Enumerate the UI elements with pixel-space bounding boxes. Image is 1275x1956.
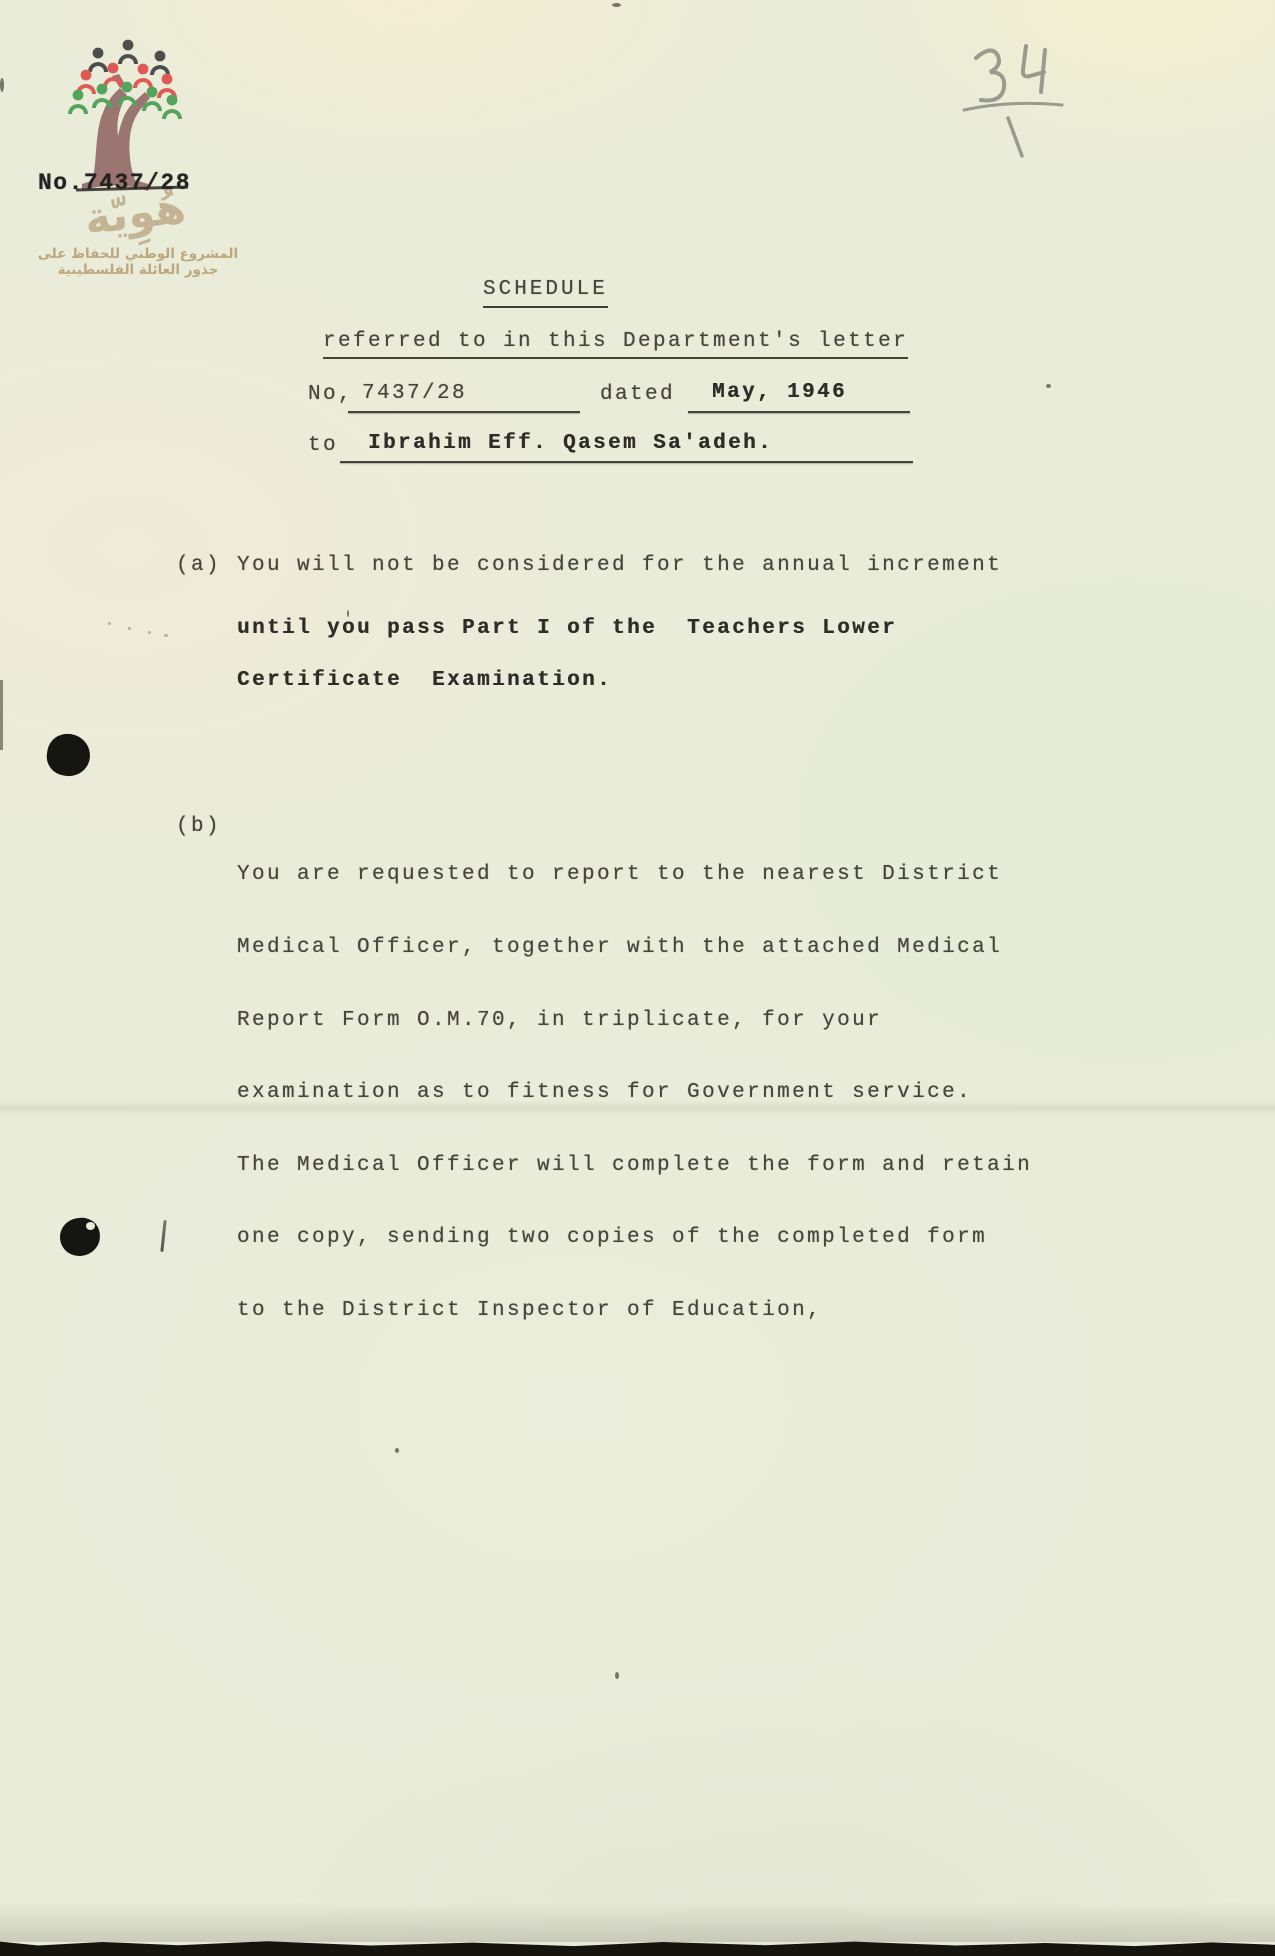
item-b-label: (b): [176, 815, 221, 839]
pen-tick-mark: [160, 1220, 166, 1252]
recipient-name: Ibrahim Eff. Qasem Sa'adeh.: [368, 432, 773, 456]
item-b-line-5: The Medical Officer will complete the fo…: [237, 1154, 1032, 1178]
scan-edge-shadow: [0, 1902, 1275, 1942]
item-b-paragraph: You are requested to report to the neare…: [237, 815, 1032, 1372]
stray-apostrophe-mark: [347, 610, 349, 617]
pencil-underline: [964, 103, 1062, 110]
logo-subtitle-line2: جذور العائلة الفلسطينية: [30, 263, 246, 279]
handwritten-page-number: [948, 18, 1088, 158]
item-b-line-3: Report Form O.M.70, in triplicate, for y…: [237, 1009, 1032, 1033]
hole-punch-top: [44, 731, 92, 779]
pencil-speck: [164, 634, 168, 637]
scan-speck: [612, 3, 621, 7]
hole-punch-bottom: [58, 1216, 102, 1258]
pencil-speck: [148, 631, 151, 634]
pencil-speck: [128, 627, 131, 630]
pencil-speck: [108, 622, 111, 625]
item-a-line-2: until you pass Part I of the Teachers Lo…: [237, 617, 897, 641]
schedule-subtitle: referred to in this Department's letter: [323, 330, 908, 359]
recipient-underline: [340, 461, 913, 463]
scan-speck: [615, 1672, 619, 1679]
logo-arabic-subtitle: المشروع الوطني للحفاظ على جذور العائلة ا…: [30, 247, 246, 278]
item-b-line-6: one copy, sending two copies of the comp…: [237, 1226, 1032, 1250]
scan-speck: [0, 78, 4, 92]
hole-punch-notch: [86, 1222, 95, 1230]
schedule-title: SCHEDULE: [483, 278, 608, 308]
item-b-line-7: to the District Inspector of Education,: [237, 1299, 1032, 1323]
dated-underline: [688, 411, 910, 413]
dated-value: May, 1946: [712, 381, 847, 405]
item-a-line-3: Certificate Examination.: [237, 669, 612, 693]
logo-subtitle-line1: المشروع الوطني للحفاظ على: [30, 247, 246, 263]
pencil-digit-4: [1023, 46, 1044, 76]
pencil-digit-1: [1008, 118, 1022, 156]
pencil-digit-4-stem: [1041, 50, 1045, 92]
item-a-label: (a): [176, 554, 221, 578]
to-label: to: [308, 434, 338, 458]
ref-no-label: No,: [308, 383, 353, 407]
paper-crease: [0, 1100, 1275, 1116]
pencil-digit-3: [976, 50, 1004, 100]
ref-no-underline: [348, 411, 580, 413]
dated-label: dated: [600, 383, 675, 407]
item-b-line-1: You are requested to report to the neare…: [237, 863, 1032, 887]
item-a-line-1: You will not be considered for the annua…: [237, 554, 1002, 578]
ref-no-value: 7437/28: [362, 382, 467, 406]
figures-top-row: [88, 40, 170, 75]
scan-edge-left: [0, 680, 3, 750]
item-b-line-2: Medical Officer, together with the attac…: [237, 936, 1032, 960]
scan-speck: [395, 1448, 399, 1453]
scanned-document-page: هُوِيّة المشروع الوطني للحفاظ على جذور ا…: [0, 0, 1275, 1956]
scan-speck: [1046, 384, 1051, 388]
ref-number-stamp: No.7437/28: [38, 170, 191, 196]
